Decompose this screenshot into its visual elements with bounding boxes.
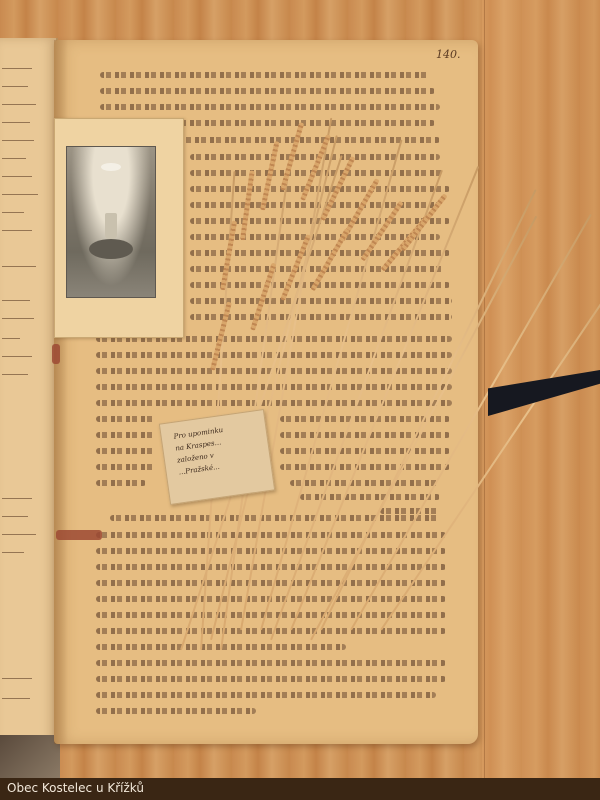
- dried-grain-sheaf: [120, 110, 450, 650]
- left-page: [0, 38, 58, 750]
- caption-text: Obec Kostelec u Křížků: [7, 781, 144, 795]
- red-wax-stain: [52, 344, 60, 364]
- label-line-2: na Kraspes...: [175, 438, 222, 452]
- label-line-4: ...Pražské...: [178, 463, 220, 477]
- book-corner-shadow: [0, 735, 60, 780]
- chalice-icon: [105, 213, 117, 239]
- caption-bar: Obec Kostelec u Křížků: [0, 778, 600, 800]
- red-wax-stain-lower: [56, 530, 102, 540]
- label-line-3: založeno v: [177, 451, 215, 464]
- sheaf-paper-label: Pro upominku na Kraspes... založeno v ..…: [159, 409, 275, 505]
- table-seam: [484, 0, 485, 778]
- dove-icon: [101, 163, 121, 171]
- page-number: 140.: [436, 48, 461, 61]
